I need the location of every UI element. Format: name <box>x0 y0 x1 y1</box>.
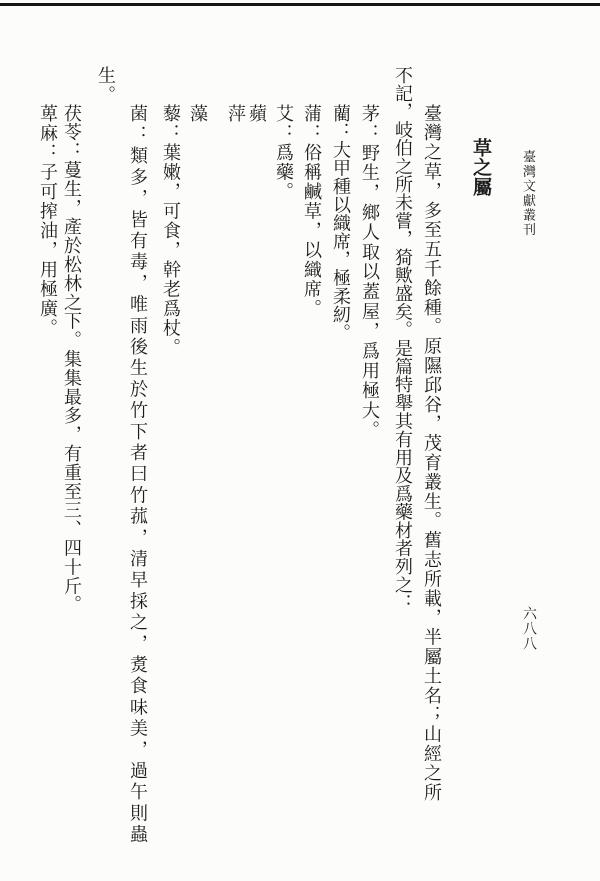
section-title: 草之屬 <box>469 138 491 197</box>
entry-jun-mushroom-column-2: 生。 <box>96 66 116 105</box>
entry-bima-castor: 萆麻：子可搾油，用極廣。 <box>38 104 58 338</box>
scan-edge-artifact-line <box>0 3 600 6</box>
entry-lin-rush: 藺：大甲種以織席，極柔紉。 <box>331 104 351 342</box>
page-number: 六八八 <box>519 606 537 652</box>
entry-pu-cattail: 蒲：俗稱鹹草，以織席。 <box>302 104 322 319</box>
entry-pin-clover-fern: 蘋 <box>247 104 267 124</box>
entry-li-goosefoot: 藜：葉嫩，可食，幹老爲杖。 <box>161 104 181 358</box>
entry-jun-mushroom-column-1: 菌：類多，皆有毒，唯雨後生於竹下者曰竹菰，清早採之，煑食味美，過午則蟲 <box>128 104 148 846</box>
intro-paragraph-column-2: 不記，岐伯之所未嘗，猗歟盛矣。是篇特舉其有用及爲藥材者列之： <box>393 66 413 612</box>
scanned-book-page: 臺灣文獻叢刊 六八八 草之屬 臺灣之草，多至五千餘種。原隰邱谷，茂育叢生。舊志所… <box>0 0 600 881</box>
entry-fuling-poria: 茯苓：蔓生，產於松林之下。集集最多，有重至三、四十斤。 <box>62 104 82 614</box>
entry-ai-mugwort: 艾：爲藥。 <box>274 104 294 202</box>
intro-paragraph-column-1: 臺灣之草，多至五千餘種。原隰邱谷，茂育叢生。舊志所載，半屬土名；山經之所 <box>422 104 442 802</box>
running-head-series-title: 臺灣文獻叢刊 <box>520 150 537 237</box>
entry-zao-algae: 藻 <box>188 104 208 124</box>
entry-mao-thatch-grass: 茅：野生，鄉人取以蓋屋，爲用極大。 <box>360 104 380 441</box>
entry-ping-duckweed: 萍 <box>226 104 246 124</box>
